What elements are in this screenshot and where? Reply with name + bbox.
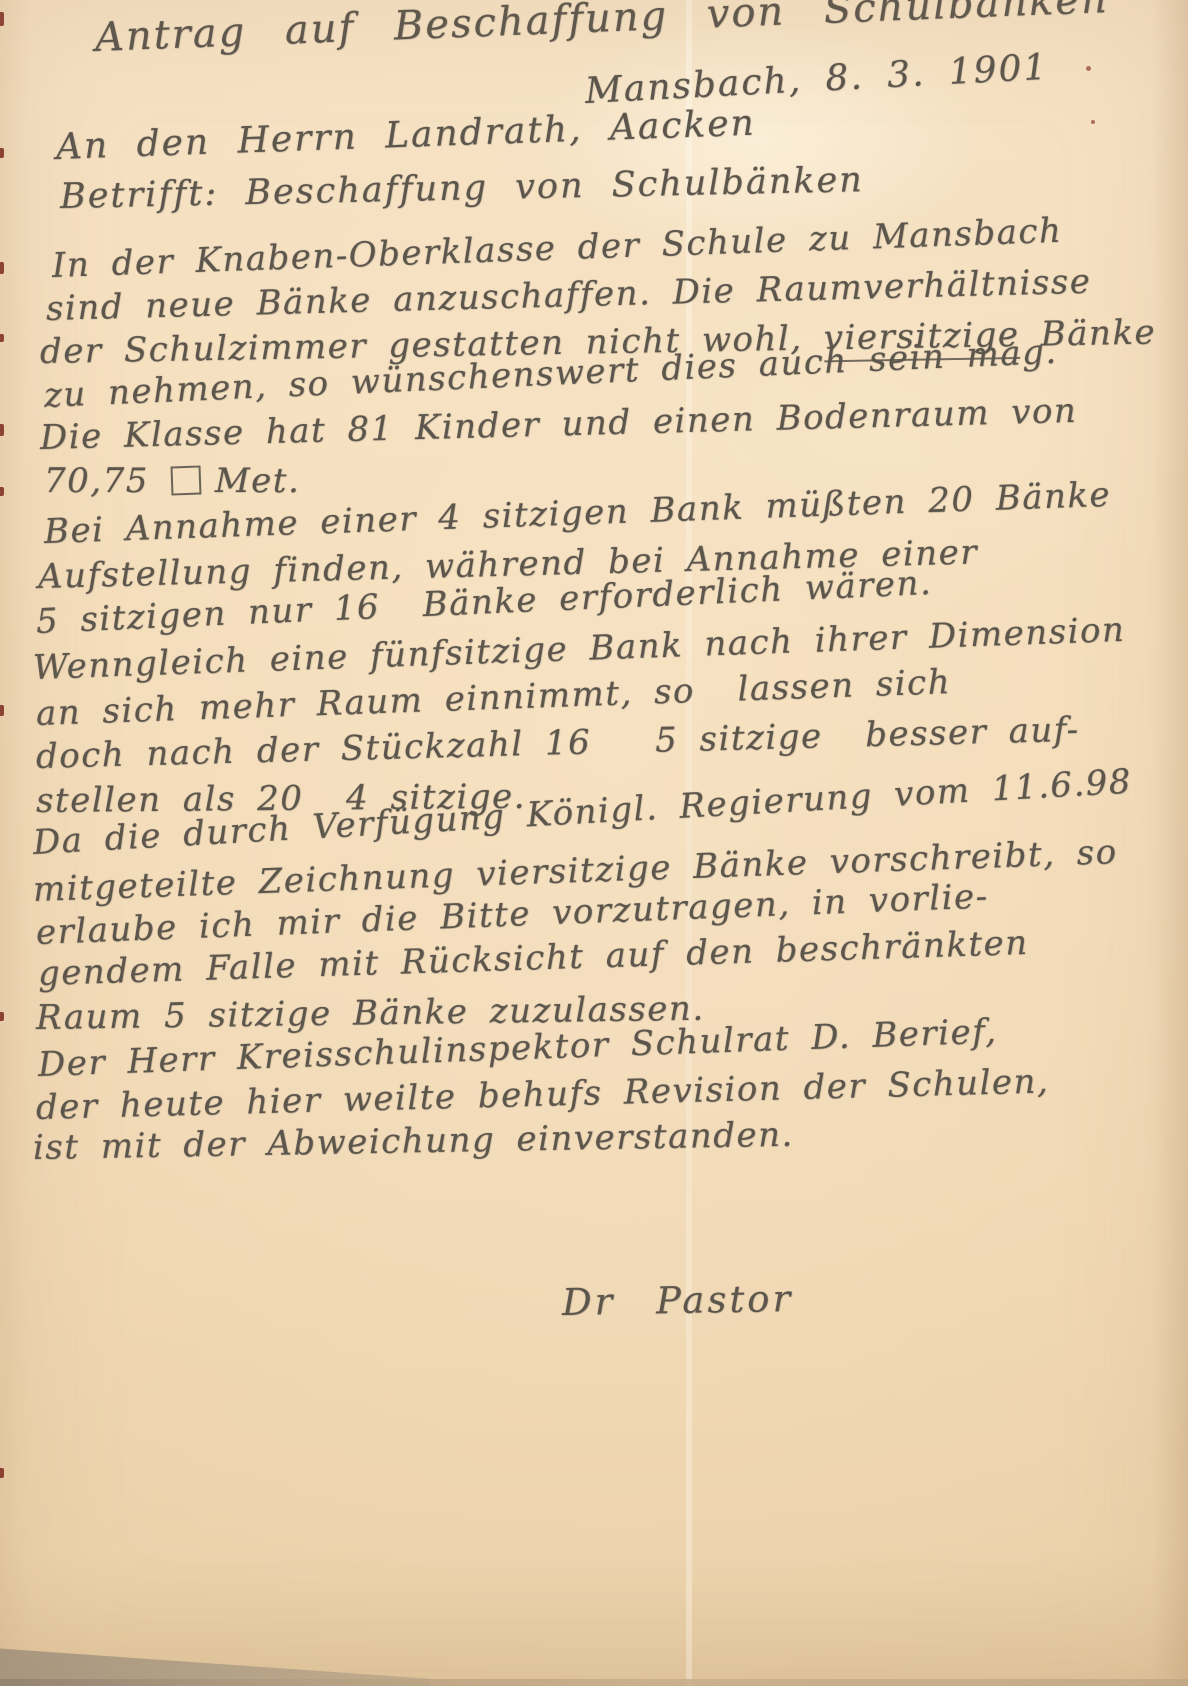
scanned-letter-page: { "colors": { "paper": "#f2dcba", "penci…: [0, 0, 1188, 1686]
paper-speck: [1086, 66, 1091, 71]
scan-edge-mark: [0, 12, 4, 26]
square-meter-icon: [170, 465, 201, 495]
line-segment: Met.: [215, 461, 300, 501]
paper-speck: [1091, 120, 1095, 124]
scan-edge-mark: [0, 705, 4, 716]
scan-edge-mark: [0, 148, 4, 158]
handwritten-line: 70,75Met.: [44, 463, 300, 500]
line-segment: 70,75: [44, 461, 149, 501]
scan-edge-mark: [0, 424, 4, 436]
scan-edge-mark: [0, 262, 4, 274]
scan-edge-mark: [0, 334, 4, 342]
scan-edge-mark: [0, 487, 4, 496]
scan-edge-mark: [0, 1468, 4, 1478]
scan-edge-mark: [0, 1012, 4, 1021]
paper-bottom-edge: [0, 1679, 1188, 1686]
letter-signature: Dr Pastor: [562, 1279, 794, 1324]
